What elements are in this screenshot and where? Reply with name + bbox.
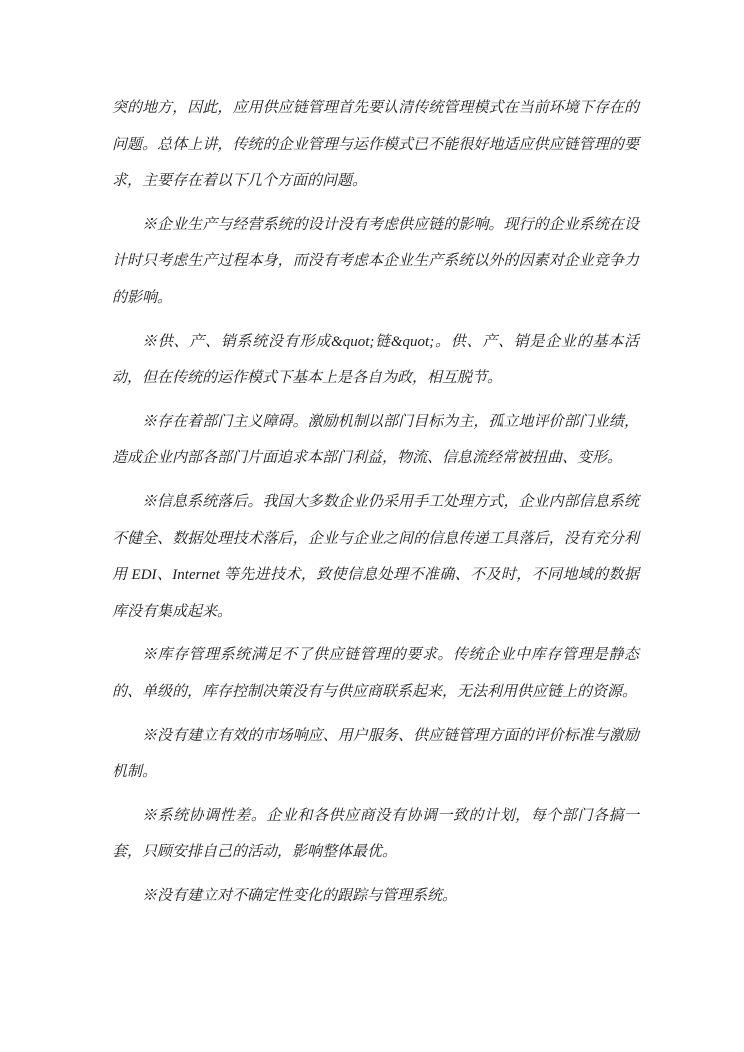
paragraph: ※系统协调性差。企业和各供应商没有协调一致的计划，每个部门各搞一套，只顾安排自己… [112,798,639,871]
paragraph: ※没有建立有效的市场响应、用户服务、供应链管理方面的评价标准与激励机制。 [112,718,639,791]
paragraph: ※存在着部门主义障碍。激励机制以部门目标为主，孤立地评价部门业绩，造成企业内部各… [112,404,639,477]
paragraph: ※供、产、销系统没有形成&quot;链&quot;。供、产、销是企业的基本活动，… [112,324,639,397]
paragraph: ※信息系统落后。我国大多数企业仍采用手工处理方式，企业内部信息系统不健全、数据处… [112,484,639,630]
paragraph: ※库存管理系统满足不了供应链管理的要求。传统企业中库存管理是静态的、单级的，库存… [112,637,639,710]
paragraph: ※没有建立对不确定性变化的跟踪与管理系统。 [112,878,639,915]
document-page: 突的地方，因此，应用供应链管理首先要认清传统管理模式在当前环境下存在的问题。总体… [0,0,744,1052]
paragraph: ※企业生产与经营系统的设计没有考虑供应链的影响。现行的企业系统在设计时只考虑生产… [112,207,639,317]
paragraph: 突的地方，因此，应用供应链管理首先要认清传统管理模式在当前环境下存在的问题。总体… [112,90,639,200]
page-content: 突的地方，因此，应用供应链管理首先要认清传统管理模式在当前环境下存在的问题。总体… [112,90,639,921]
